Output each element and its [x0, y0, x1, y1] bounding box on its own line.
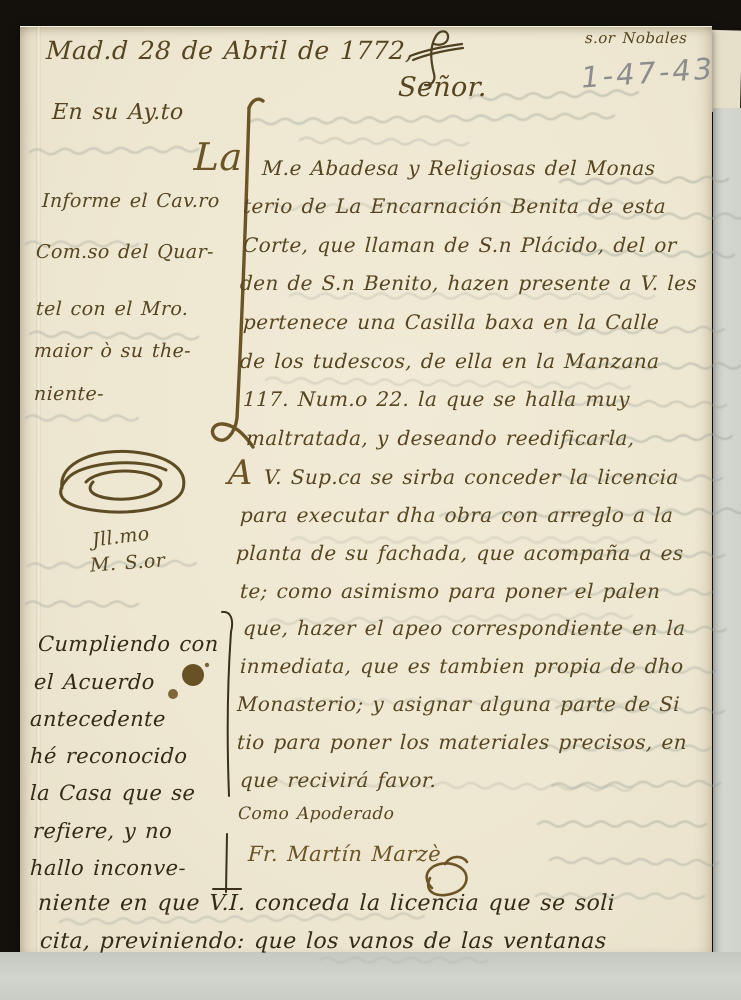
body-line: tio para poner los materiales precisos, …	[237, 732, 688, 752]
body-line: M.e Abadesa y Religiosas del Monas	[262, 158, 656, 178]
signature: Fr. Martín Marzè	[248, 844, 442, 865]
margin-report-line: el Acuerdo	[34, 672, 156, 693]
margin-report-line: hé reconocido	[30, 746, 188, 767]
body-line: Monasterio; y asignar alguna parte de Si	[237, 694, 681, 714]
addressee-note: s.or Nobales	[585, 31, 688, 46]
paragraph-initial: A	[227, 456, 253, 490]
body-line: maltratada, y deseando reedificarla,	[246, 428, 635, 448]
body-line: pertenece una Casilla baxa en la Calle	[243, 312, 660, 332]
body-line: V. Sup.ca se sirba conceder la licencia	[264, 467, 680, 487]
body-line: inmediata, que es tambien propia de dho	[240, 656, 684, 676]
body-line: den de S.n Benito, hazen presente a V. l…	[240, 273, 698, 293]
date-line: Mad.d 28 de Abril de 1772,	[46, 38, 414, 63]
margin-instruction-line: Com.so del Quar-	[36, 243, 214, 262]
body-line: para executar dha obra con arreglo a la	[240, 505, 674, 525]
margin-instruction-line: niente-	[34, 385, 105, 404]
body-line: planta de su fachada, que acompaña a es	[236, 543, 684, 563]
margin-rubric-flourish	[61, 451, 184, 512]
honorific-line: M. S.or	[89, 551, 165, 575]
postscript-line: cita, previniendo: que los vanos de las …	[40, 931, 607, 953]
margin-report-line: la Casa que se	[30, 783, 196, 804]
margin-report-line: antecedente	[30, 709, 166, 730]
margin-report-line: refiere, y no	[33, 821, 173, 842]
postscript-line: niente en que V.I. conceda la licencia q…	[38, 893, 616, 915]
signature-dagger-mark	[213, 834, 241, 892]
second-paragraph-brace	[222, 612, 232, 796]
body-line: que recivirá favor.	[240, 770, 437, 790]
body-line: 117. Num.o 22. la que se halla muy	[243, 389, 630, 409]
body-line: de los tudescos, de ella en la Manzana	[240, 351, 660, 371]
closing-line: Como Apoderado	[238, 806, 395, 823]
paragraph-initial: La	[193, 138, 243, 176]
body-line: te; como asimismo para poner el palen	[240, 581, 661, 601]
body-line: terio de La Encarnación Benita de esta	[243, 196, 667, 216]
margin-instruction-line: maior ò su the-	[34, 342, 192, 361]
margin-instruction-line: tel con el Mro.	[36, 300, 189, 319]
margin-report-line: Cumpliendo con	[38, 634, 219, 655]
body-line: que, hazer el apeo correspondiente en la	[243, 618, 686, 638]
ink-blot	[168, 663, 209, 699]
margin-report-line: hallo inconve-	[30, 858, 187, 879]
salutation: Señor.	[398, 74, 488, 101]
body-line: Corte, que llaman de S.n Plácido, del or	[243, 235, 677, 255]
manuscript-scan: { "header": { "date_line": "Mad.d 28 de …	[0, 0, 741, 1000]
margin-docket: En su Ay.to	[52, 102, 184, 124]
margin-instruction-line: Informe el Cav.ro	[42, 192, 220, 211]
